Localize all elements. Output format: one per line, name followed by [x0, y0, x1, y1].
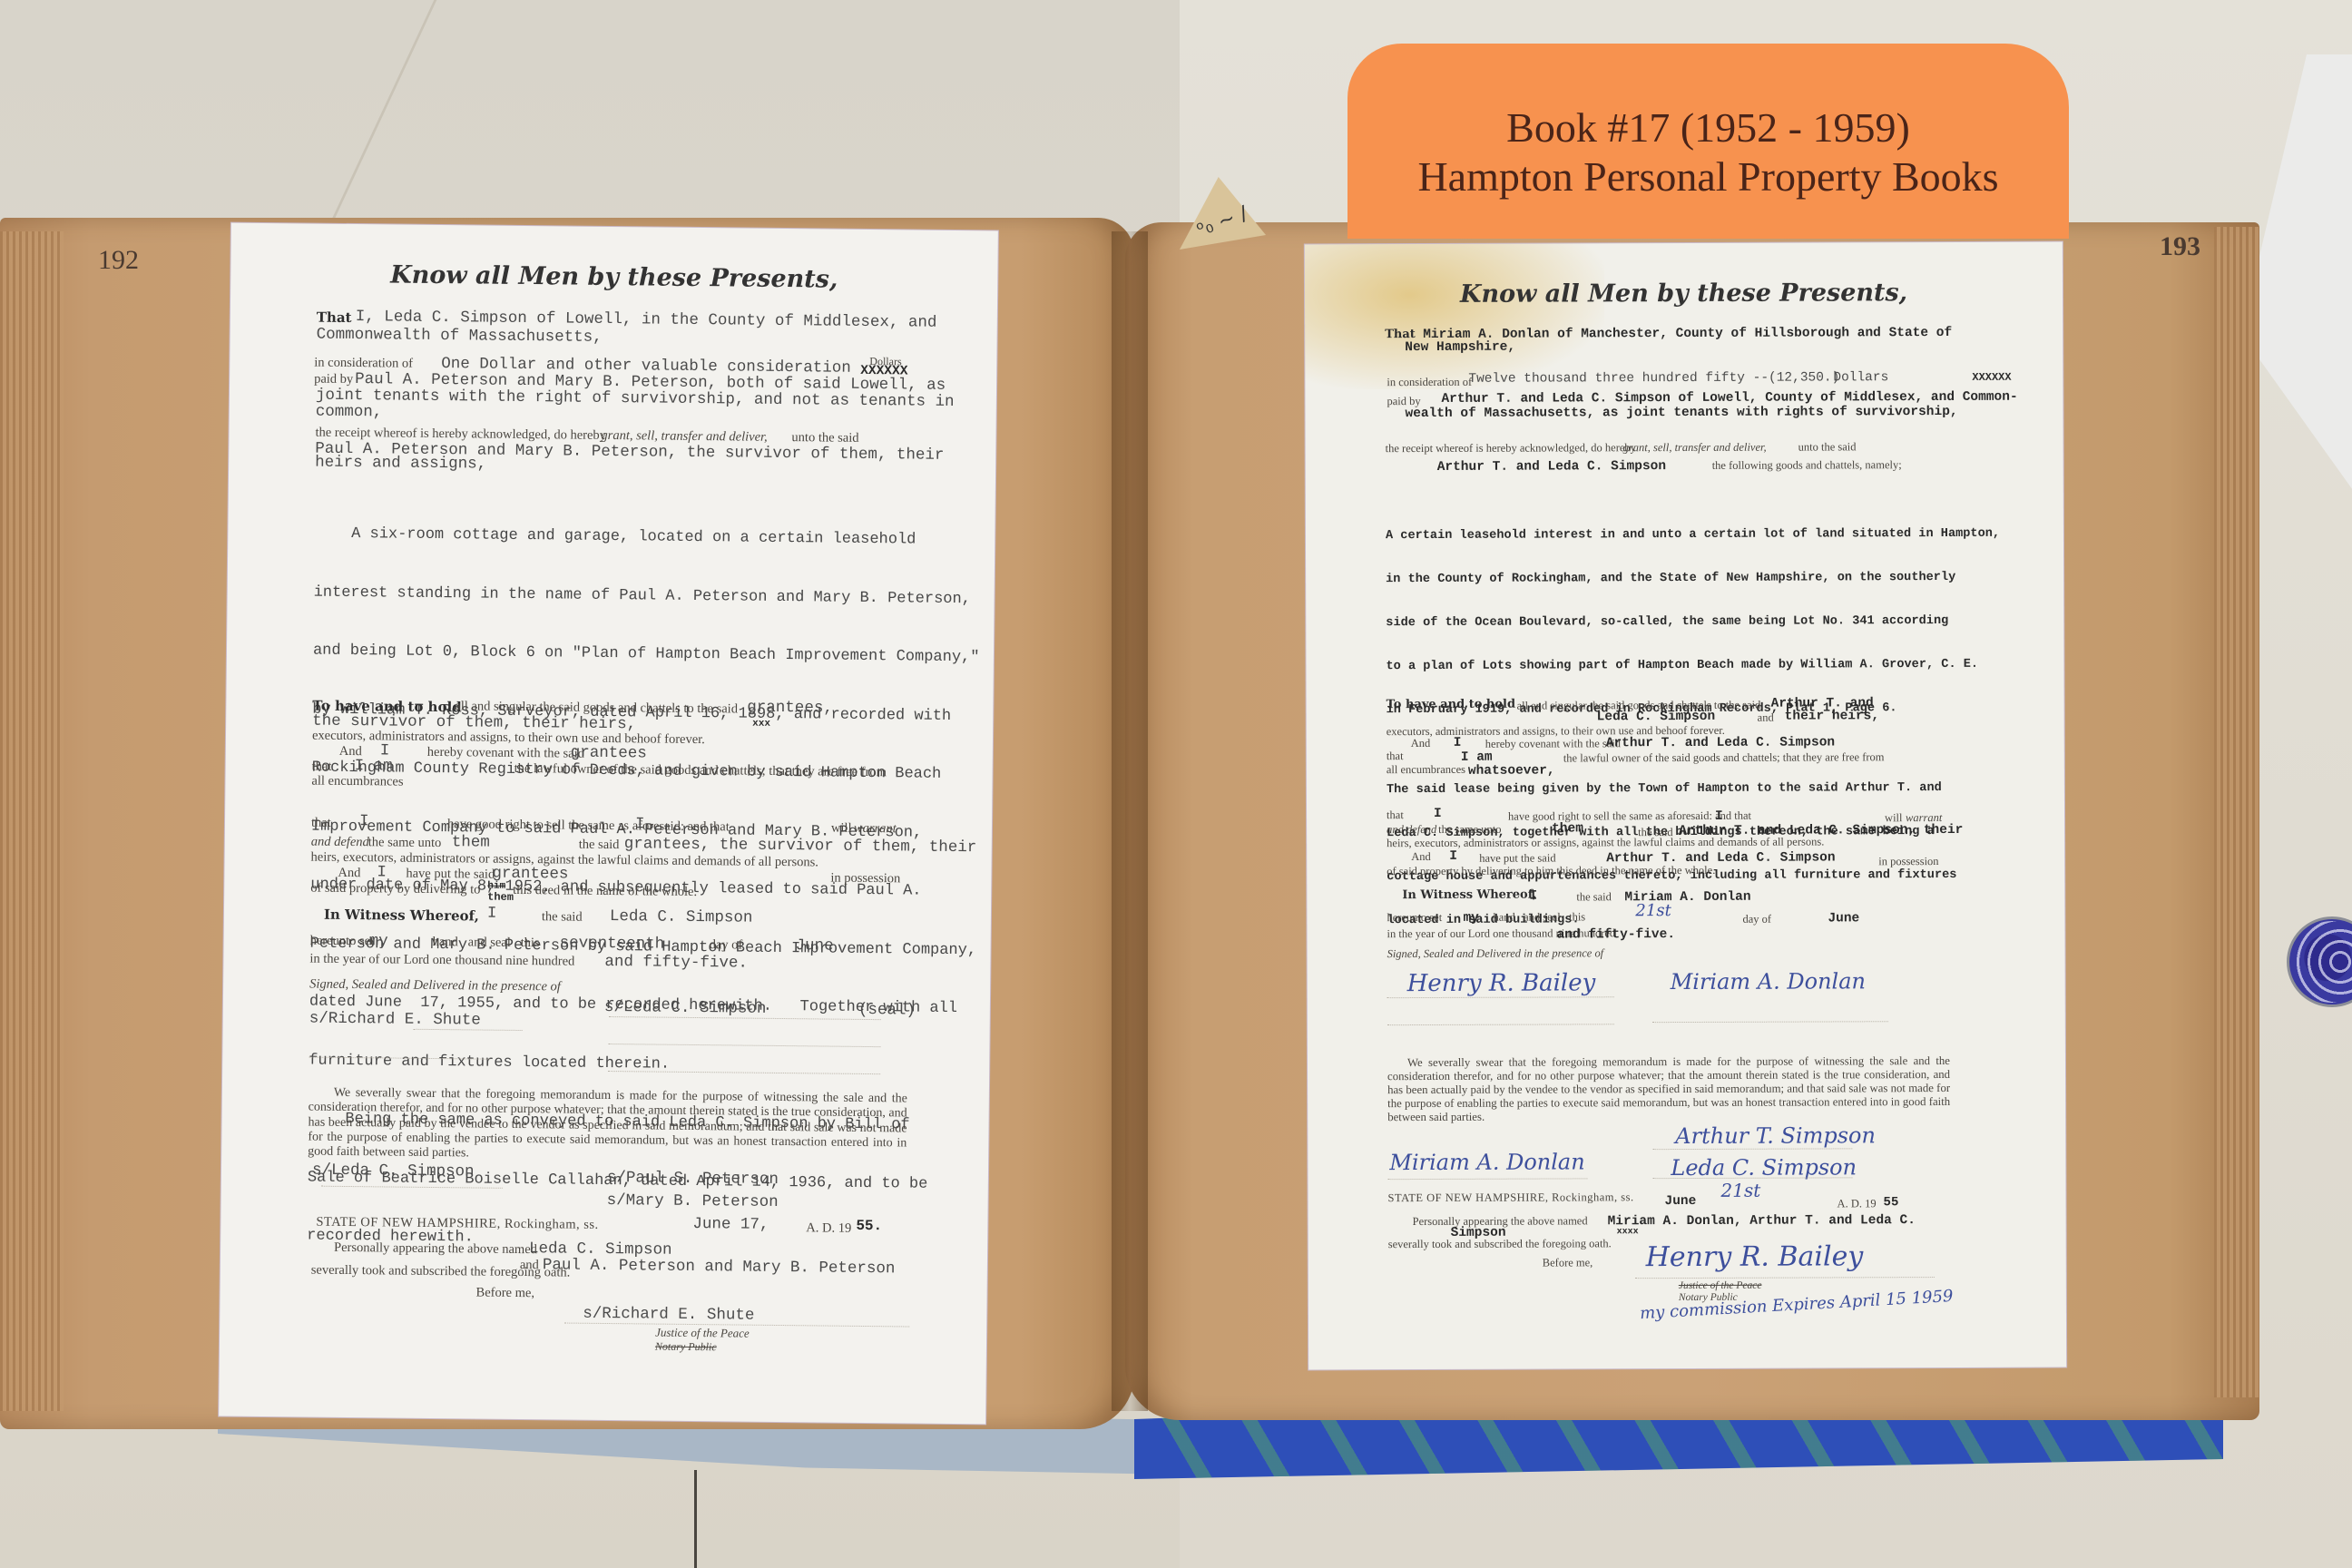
witness-i: I	[487, 905, 497, 923]
grantor-line-2: New Hampshire,	[1405, 340, 1515, 355]
document-heading: Know all Men by these Presents,	[230, 260, 997, 296]
habendum-and: and	[1758, 711, 1774, 725]
justice-signature: s/Richard E. Shute	[583, 1305, 754, 1325]
description-line: A six-room cottage and garage, located o…	[314, 524, 981, 551]
lawful-owner-text: the lawful owner of the said goods and c…	[1563, 750, 1885, 765]
possession-label: in possession	[830, 871, 900, 887]
witness-label: In Witness Whereof,	[324, 906, 479, 925]
right-i-2: I	[1715, 809, 1723, 824]
day-of: day of	[1742, 913, 1771, 926]
encumbrances-text: all encumbrances	[311, 774, 403, 790]
signature-line	[1652, 1021, 1888, 1023]
notary-signature: Henry R. Bailey	[1646, 1240, 1864, 1273]
will-text: will	[831, 821, 852, 837]
ad-label: A. D. 19	[1837, 1197, 1877, 1210]
possession-label: in possession	[1878, 855, 1938, 868]
deed-document-right: Know all Men by these Presents, That Mir…	[1305, 242, 2066, 1370]
covenant-fill: grantees	[571, 744, 647, 763]
description-line: and being Lot 0, Block 6 on "Plan of Ham…	[313, 642, 980, 668]
oath-signature-2: Arthur T. Simpson	[1675, 1122, 1876, 1149]
warrant-text: warrant	[854, 821, 897, 837]
grantees-line-2: heirs and assigns,	[315, 454, 486, 474]
justice-strike: Justice of the Peace	[1679, 1280, 1762, 1291]
oath-paragraph: We severally swear that the foregoing me…	[308, 1086, 907, 1166]
right-that: that	[1387, 808, 1404, 822]
delivering-insert: them	[487, 891, 514, 904]
witness-signature: Henry R. Bailey	[1407, 969, 1596, 997]
before-me: Before me,	[1543, 1256, 1593, 1269]
book-right-page-edges	[2214, 227, 2259, 1397]
appearing-name-2: Paul A. Peterson and Mary B. Peterson	[543, 1256, 896, 1278]
encumbrances-text: all encumbrances	[1387, 763, 1465, 777]
month-fill: June	[1828, 911, 1859, 926]
hereunto-text: hereunto set	[310, 934, 375, 950]
oath-signature-2: s/Paul S. Peterson	[607, 1169, 779, 1189]
dollars-strike: XXXXXX	[1972, 371, 2011, 384]
covenant-text: hereby covenant with the said	[1485, 737, 1621, 751]
month-fill: June	[795, 936, 833, 955]
witness-label: In Witness Whereof,	[1402, 888, 1536, 903]
appearing-strike: xxxx	[1617, 1227, 1639, 1237]
right-i: I	[1434, 807, 1442, 821]
delivering-text: of said property by delivering to	[310, 881, 480, 898]
hereunto-fill: my	[369, 932, 388, 950]
ad-label: A. D. 19	[806, 1220, 851, 1237]
oath-paragraph: We severally swear that the foregoing me…	[1387, 1054, 1950, 1124]
hand-seal-text: hand and seal this	[1493, 910, 1585, 924]
state-date: June 17,	[692, 1215, 769, 1234]
possession-and: And	[338, 866, 360, 881]
following-goods: the following goods and chattels, namely…	[1712, 458, 1902, 473]
page-number-left: 192	[98, 245, 139, 276]
day-fill: seventeenth	[560, 934, 665, 953]
covenant-text: hereby covenant with the said	[427, 745, 584, 762]
consideration-label: in consideration of	[1387, 376, 1472, 389]
witness-signature: s/Richard E. Shute	[309, 1010, 481, 1030]
defend-text-italic: and defend	[311, 835, 369, 851]
covenant-i: I	[1454, 736, 1462, 750]
year-fill: and fifty-five.	[1556, 927, 1675, 942]
book-left-page-edges	[0, 231, 64, 1411]
signature-line	[1387, 1024, 1614, 1025]
book-gutter	[1112, 231, 1148, 1411]
signed-label: Signed, Sealed and Delivered in the pres…	[1387, 946, 1604, 961]
covenant-and: And	[1411, 737, 1431, 750]
habendum-fill-2: Leda C. Simpson	[1597, 710, 1716, 724]
right-i: I	[359, 812, 369, 830]
possession-i: I	[1449, 849, 1457, 864]
signature-line	[1652, 1148, 1852, 1150]
covenant-fill: Arthur T. and Leda C. Simpson	[1606, 735, 1835, 750]
seller-signature: s/Leda C. Simpson	[604, 998, 767, 1018]
delivering-text: of said property by delivering to him th…	[1387, 864, 1715, 878]
hereunto-fill: my	[1463, 911, 1478, 926]
paid-by-line-3: common,	[316, 403, 383, 422]
right-i-2: I	[635, 815, 645, 833]
description-line: The said lease being given by the Town o…	[1387, 781, 2001, 798]
that-label: That	[317, 309, 352, 326]
ad-year: 55	[1883, 1195, 1898, 1210]
severally-text: severally took and subscribed the forego…	[1388, 1237, 1612, 1251]
that-label-2: that	[1387, 750, 1404, 763]
book-label-title: Book #17 (1952 - 1959)	[1347, 103, 2069, 152]
seal-label: (seal)	[858, 1001, 916, 1020]
i-am: I am	[1461, 750, 1493, 765]
appearing-label: Personally appearing the above named	[334, 1240, 537, 1258]
habendum-fill-3: their heirs,	[1785, 709, 1879, 723]
book-label-tab: Book #17 (1952 - 1959) Hampton Personal …	[1347, 44, 2069, 239]
ad-year: 55.	[856, 1218, 882, 1234]
oath-signature-1: Miriam A. Donlan	[1389, 1149, 1584, 1175]
habendum-label: To have and to hold	[1387, 698, 1516, 711]
paid-by-line-2: wealth of Massachusetts, as joint tenant…	[1405, 405, 1957, 421]
right-that: that	[311, 816, 331, 831]
table-seam-bottom	[694, 1470, 697, 1568]
receipt-unto: unto the said	[791, 430, 858, 446]
appearing-name-1: Miriam A. Donlan, Arthur T. and Leda C.	[1608, 1213, 1916, 1229]
that-label-2: that	[312, 759, 332, 775]
document-heading: Know all Men by these Presents,	[1305, 279, 2063, 309]
hand-seal-text: hand and seal this	[433, 935, 540, 951]
hereunto-text: hereunto set	[1387, 911, 1442, 925]
before-me: Before me,	[475, 1286, 534, 1302]
encumbrances-fill: whatsoever,	[1468, 764, 1555, 779]
water-stain	[1305, 243, 1605, 389]
possession-text: have put the said	[1479, 851, 1555, 865]
possession-i: I	[377, 863, 387, 881]
receipt-unto: unto the said	[1798, 440, 1857, 454]
description-line: interest standing in the name of Paul A.…	[314, 583, 981, 609]
oath-signature-3: s/Mary B. Peterson	[607, 1191, 779, 1211]
signed-label: Signed, Sealed and Delivered in the pres…	[309, 977, 561, 995]
description-line: to a plan of Lots showing part of Hampto…	[1386, 658, 2000, 674]
receipt-text: the receipt whereof is hereby acknowledg…	[1386, 441, 1636, 456]
description-line: A certain leasehold interest in and unto…	[1386, 527, 2000, 544]
grantor-line-2: Commonwealth of Massachusetts,	[317, 326, 603, 347]
notary-strike: Notary Public	[655, 1340, 717, 1355]
oath-signature-1: s/Leda C. Simpson	[312, 1161, 475, 1181]
defend-text: the same unto	[1438, 823, 1501, 837]
dollars-label: Dollars	[1833, 370, 1888, 385]
signature-line	[1635, 1277, 1935, 1279]
state-venue: STATE OF NEW HAMPSHIRE, Rockingham, ss.	[316, 1215, 598, 1233]
that-label: That	[1385, 328, 1416, 341]
possession-text: have put the said	[406, 867, 495, 883]
day-of: day of	[710, 937, 743, 953]
defend-text-italic: and defend	[1387, 823, 1436, 837]
seller-signature: Miriam A. Donlan	[1671, 968, 1866, 995]
description-line: in the County of Rockingham, and the Sta…	[1386, 571, 2000, 587]
defend-fill: them	[452, 833, 490, 851]
delivering-text-2: this deed in the name of the whole.	[513, 883, 697, 900]
witness-said: the said	[542, 909, 583, 925]
consideration-label: in consideration of	[314, 356, 413, 372]
witness-i: I	[1529, 889, 1537, 904]
state-month: June	[1664, 1194, 1696, 1209]
the-said: the said	[579, 838, 620, 853]
witness-name: Leda C. Simpson	[610, 907, 753, 927]
page-number-right: 193	[2160, 231, 2200, 262]
description-line: side of the Ocean Boulevard, so-called, …	[1386, 614, 2000, 631]
year-text: in the year of our Lord one thousand nin…	[309, 952, 574, 970]
book-label-subtitle: Hampton Personal Property Books	[1347, 152, 2069, 201]
consideration-value: Twelve thousand three hundred fifty --(1…	[1468, 370, 1839, 386]
witness-said: the said	[1576, 890, 1612, 904]
signature-line	[1387, 1178, 1587, 1180]
year-fill: and fifty-five.	[604, 953, 748, 973]
heirs-text: heirs, executors, administrators or assi…	[1387, 835, 1824, 850]
habendum-strike: xxx	[752, 719, 770, 730]
i-am: I am	[355, 757, 393, 775]
possession-and: And	[1411, 850, 1431, 864]
description-line: located in said buildings.	[1387, 912, 2001, 928]
defend-text: the same unto	[368, 835, 442, 851]
signature-line	[1387, 996, 1614, 998]
severally-text: severally took and subscribed the forego…	[311, 1263, 571, 1281]
paid-by-label: paid by	[314, 372, 353, 387]
defend-fill: them	[1552, 821, 1583, 836]
deed-document-left: Know all Men by these Presents, That I, …	[219, 223, 998, 1425]
right-text: have good right to sell the same as afor…	[447, 817, 730, 835]
habendum-fill: grantees,	[747, 699, 833, 718]
state-day-handwritten: 21st	[1720, 1180, 1760, 1201]
state-venue: STATE OF NEW HAMPSHIRE, Rockingham, ss.	[1387, 1191, 1633, 1205]
day-fill-handwritten: 21st	[1635, 901, 1671, 920]
receipt-verbs: grant, sell, transfer and deliver,	[1623, 441, 1767, 456]
justice-title: Justice of the Peace	[655, 1326, 750, 1341]
grantees-line: Arthur T. and Leda C. Simpson	[1437, 459, 1666, 475]
